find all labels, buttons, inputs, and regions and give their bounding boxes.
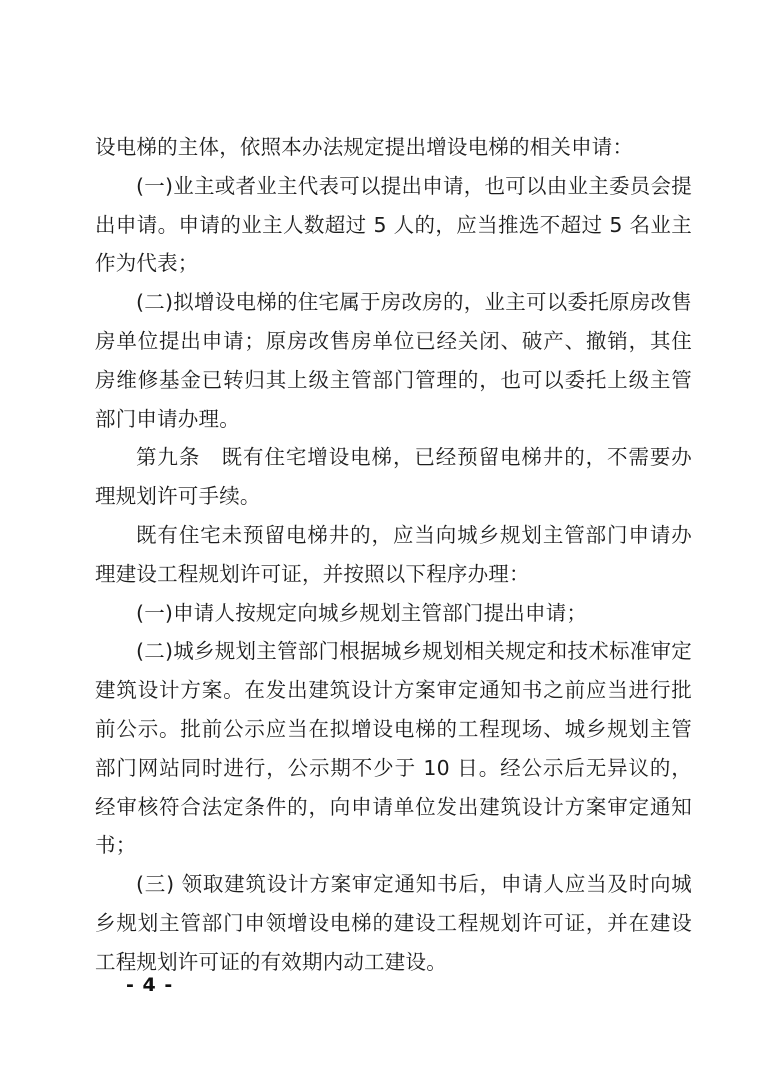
body-paragraph-step-2: (二)城乡规划主管部门根据城乡规划相关规定和技术标准审定建筑设计方案。在发出建筑… (95, 632, 692, 865)
body-paragraph-procedure-intro: 既有住宅未预留电梯井的，应当向城乡规划主管部门申请办理建设工程规划许可证，并按照… (95, 516, 692, 594)
body-paragraph-item-2: (二)拟增设电梯的住宅属于房改房的，业主可以委托原房改售房单位提出申请；原房改售… (95, 283, 692, 438)
body-paragraph-article-9: 第九条 既有住宅增设电梯，已经预留电梯井的，不需要办理规划许可手续。 (95, 438, 692, 516)
document-body: 设电梯的主体，依照本办法规定提出增设电梯的相关申请： (一)业主或者业主代表可以… (95, 128, 692, 982)
body-paragraph-item-1: (一)业主或者业主代表可以提出申请，也可以由业主委员会提出申请。申请的业主人数超… (95, 167, 692, 283)
body-paragraph-continuation: 设电梯的主体，依照本办法规定提出增设电梯的相关申请： (95, 128, 692, 167)
body-paragraph-step-3: (三) 领取建筑设计方案审定通知书后，申请人应当及时向城乡规划主管部门申领增设电… (95, 865, 692, 981)
document-page: 设电梯的主体，依照本办法规定提出增设电梯的相关申请： (一)业主或者业主代表可以… (0, 0, 770, 1090)
body-paragraph-step-1: (一)申请人按规定向城乡规划主管部门提出申请； (95, 594, 692, 633)
page-number: - 4 - (126, 972, 173, 998)
